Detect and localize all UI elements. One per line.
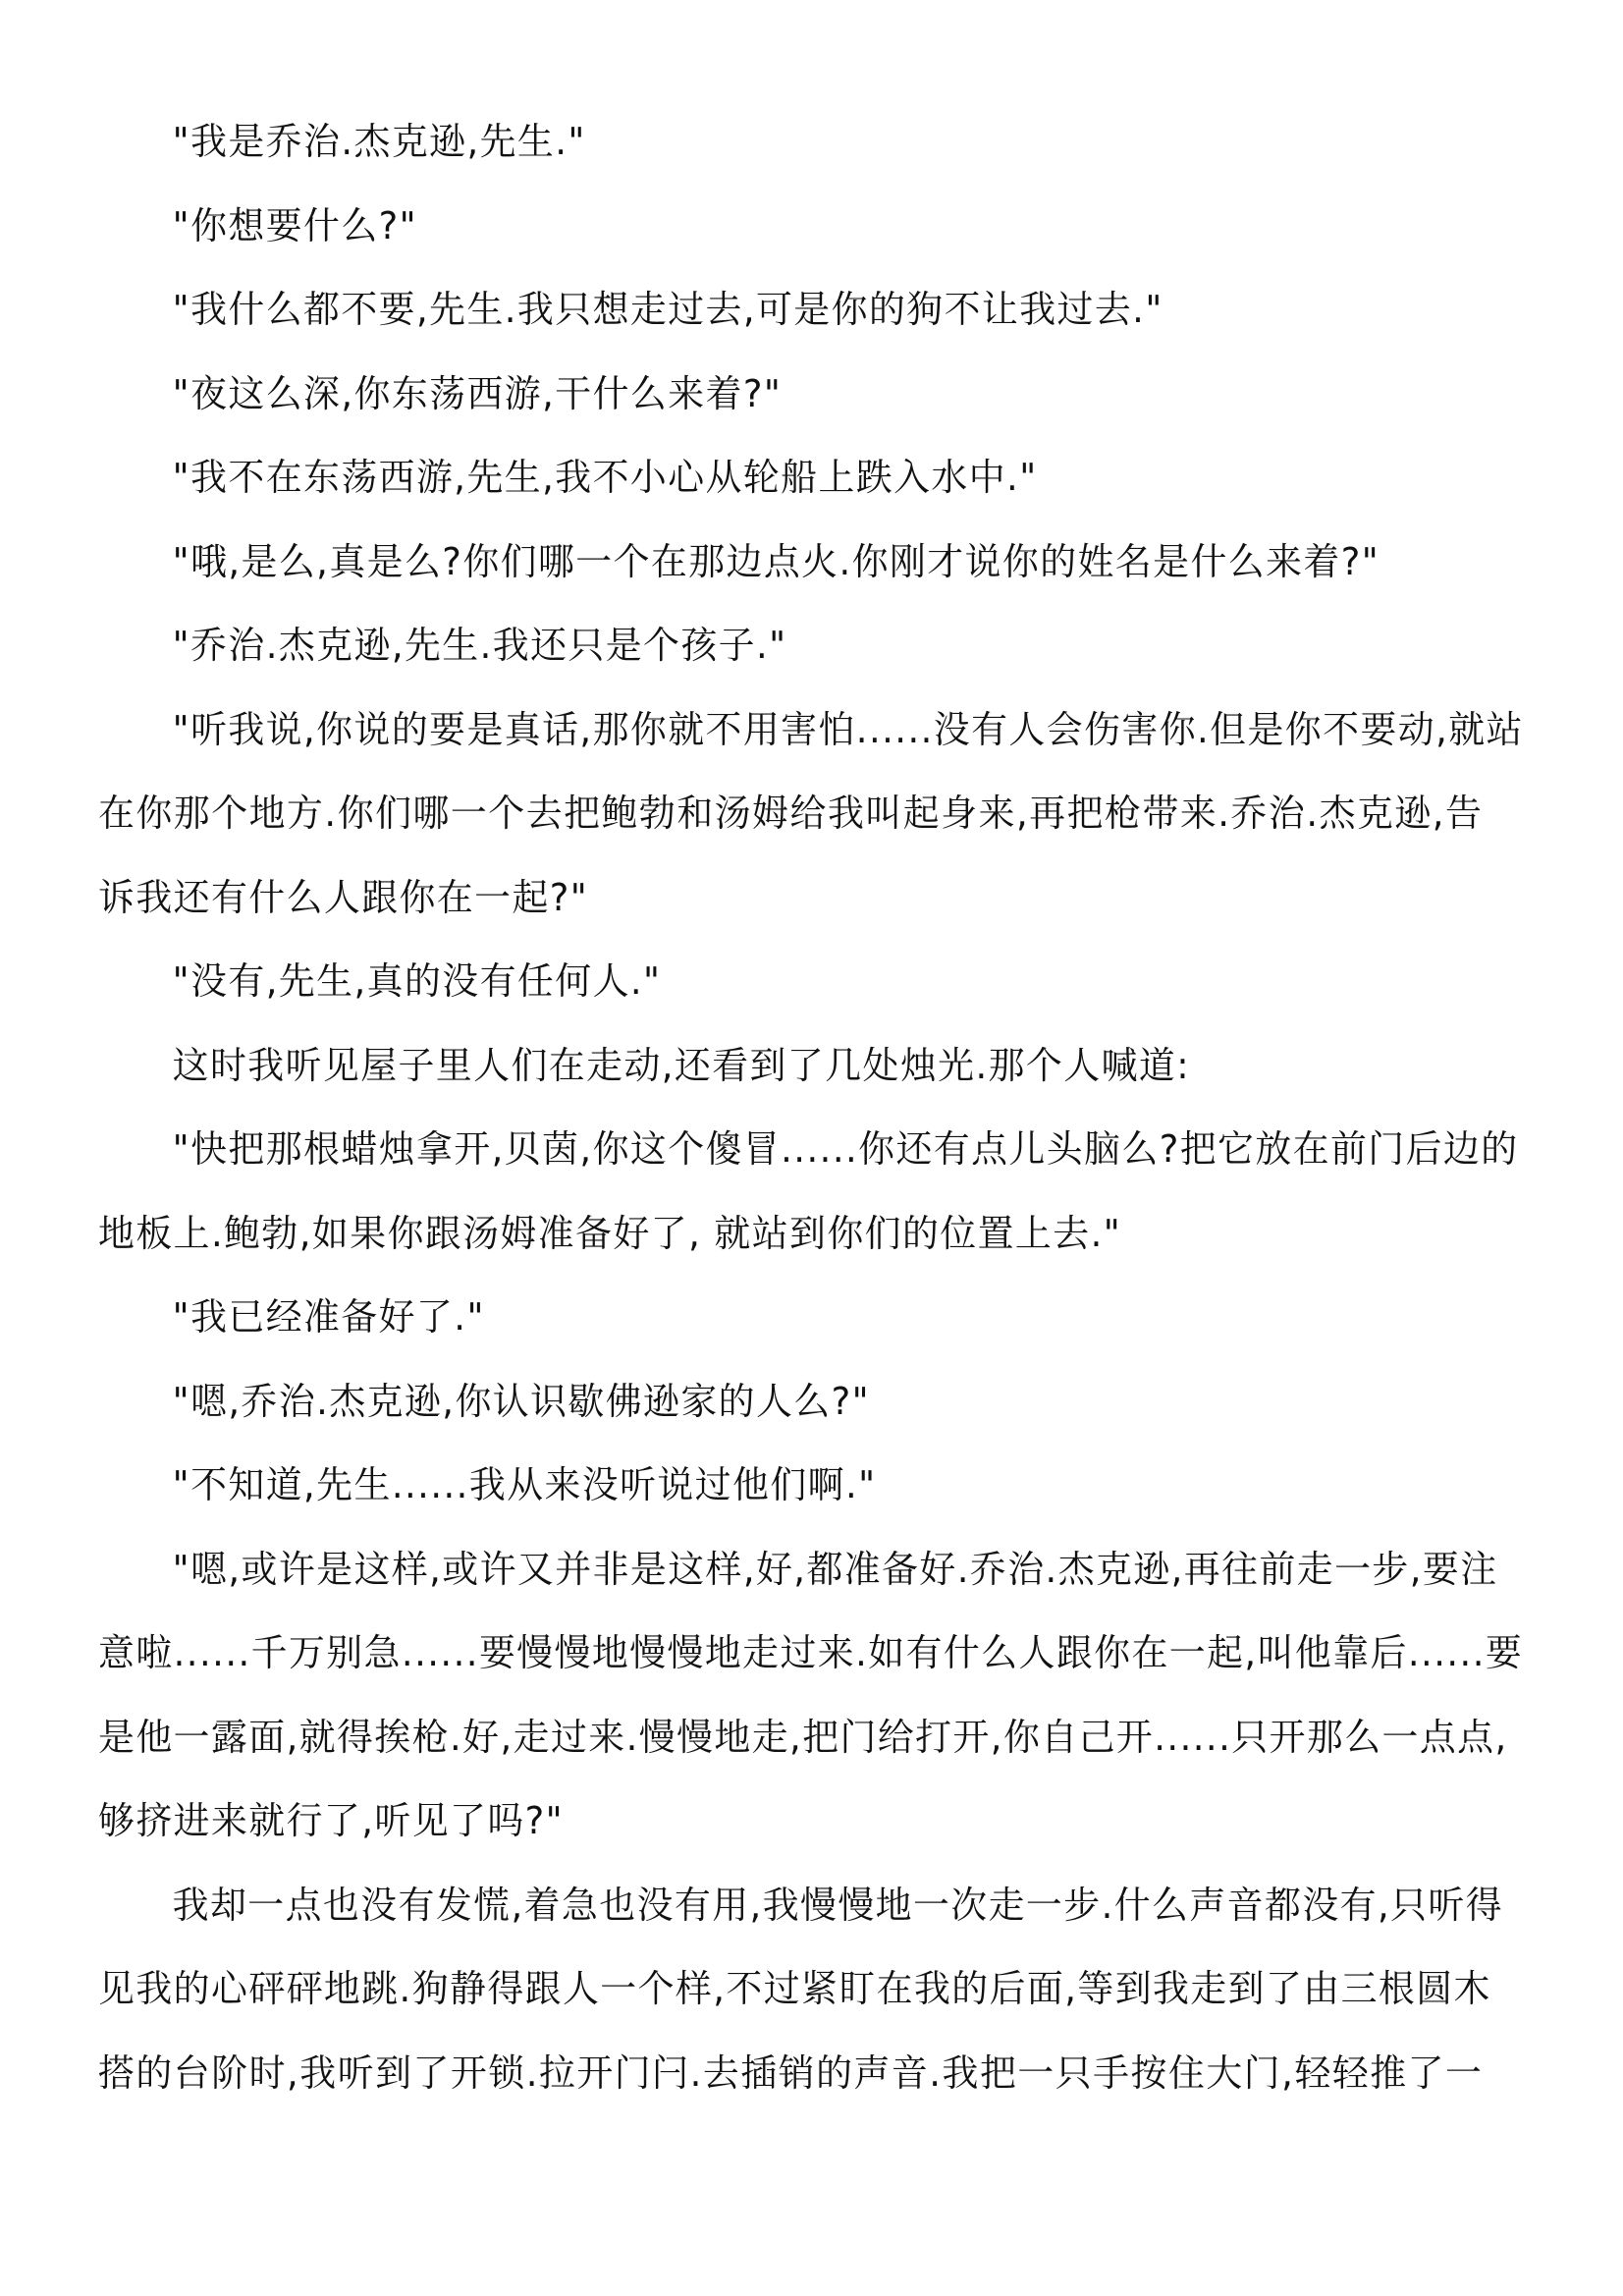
text-line: 在你那个地方.你们哪一个去把鲍勃和汤姆给我叫起身来,再把枪带来.乔治.杰克逊,告 xyxy=(98,782,1483,866)
text-line: 搭的台阶时,我听到了开锁.拉开门闩.去插销的声音.我把一只手按住大门,轻轻推了一 xyxy=(98,2042,1483,2126)
text-line: "夜这么深,你东荡西游,干什么来着?" xyxy=(98,362,1483,447)
text-line: "乔治.杰克逊,先生.我还只是个孩子." xyxy=(98,614,1483,698)
text-line: "我什么都不要,先生.我只想走过去,可是你的狗不让我过去." xyxy=(98,278,1483,362)
text-line: "哦,是么,真是么?你们哪一个在那边点火.你刚才说你的姓名是什么来着?" xyxy=(98,530,1483,615)
paragraph-15: "嗯,或许是这样,或许又并非是这样,好,都准备好.乔治.杰克逊,再往前走一步,要… xyxy=(98,1538,1526,1874)
text-line: 意啦......千万别急......要慢慢地慢慢地走过来.如有什么人跟你在一起,… xyxy=(98,1621,1483,1706)
paragraph-4: "夜这么深,你东荡西游,干什么来着?" xyxy=(98,362,1526,447)
text-line: 我却一点也没有发慌,着急也没有用,我慢慢地一次走一步.什么声音都没有,只听得 xyxy=(98,1874,1483,1958)
paragraph-3: "我什么都不要,先生.我只想走过去,可是你的狗不让我过去." xyxy=(98,278,1526,362)
paragraph-6: "哦,是么,真是么?你们哪一个在那边点火.你刚才说你的姓名是什么来着?" xyxy=(98,530,1526,615)
document-page: "我是乔治.杰克逊,先生." "你想要什么?" "我什么都不要,先生.我只想走过… xyxy=(0,0,1623,2296)
text-line: "没有,先生,真的没有任何人." xyxy=(98,950,1483,1034)
paragraph-7: "乔治.杰克逊,先生.我还只是个孩子." xyxy=(98,614,1526,698)
paragraph-11: "快把那根蜡烛拿开,贝茵,你这个傻冒......你还有点儿头脑么?把它放在前门后… xyxy=(98,1118,1526,1285)
paragraph-2: "你想要什么?" xyxy=(98,194,1526,279)
paragraph-9: "没有,先生,真的没有任何人." xyxy=(98,950,1526,1034)
paragraph-8: "听我说,你说的要是真话,那你就不用害怕......没有人会伤害你.但是你不要动… xyxy=(98,698,1526,951)
text-line: "听我说,你说的要是真话,那你就不用害怕......没有人会伤害你.但是你不要动… xyxy=(98,698,1483,783)
text-line: "你想要什么?" xyxy=(98,194,1483,279)
text-line: 够挤进来就行了,听见了吗?" xyxy=(98,1789,1483,1874)
text-line: "嗯,乔治.杰克逊,你认识歇佛逊家的人么?" xyxy=(98,1370,1483,1454)
text-line: "不知道,先生......我从来没听说过他们啊." xyxy=(98,1453,1483,1538)
paragraph-14: "不知道,先生......我从来没听说过他们啊." xyxy=(98,1453,1526,1538)
paragraph-16: 我却一点也没有发慌,着急也没有用,我慢慢地一次走一步.什么声音都没有,只听得 见… xyxy=(98,1874,1526,2126)
text-line: 地板上.鲍勃,如果你跟汤姆准备好了, 就站到你们的位置上去." xyxy=(98,1202,1483,1286)
text-line: "我已经准备好了." xyxy=(98,1285,1483,1370)
text-line: "我是乔治.杰克逊,先生." xyxy=(98,110,1483,194)
paragraph-5: "我不在东荡西游,先生,我不小心从轮船上跌入水中." xyxy=(98,446,1526,530)
text-line: "我不在东荡西游,先生,我不小心从轮船上跌入水中." xyxy=(98,446,1483,530)
text-line: 见我的心砰砰地跳.狗静得跟人一个样,不过紧盯在我的后面,等到我走到了由三根圆木 xyxy=(98,1957,1483,2042)
text-line: 是他一露面,就得挨枪.好,走过来.慢慢地走,把门给打开,你自己开......只开… xyxy=(98,1706,1483,1790)
text-line: "快把那根蜡烛拿开,贝茵,你这个傻冒......你还有点儿头脑么?把它放在前门后… xyxy=(98,1118,1483,1202)
paragraph-13: "嗯,乔治.杰克逊,你认识歇佛逊家的人么?" xyxy=(98,1370,1526,1454)
paragraph-1: "我是乔治.杰克逊,先生." xyxy=(98,110,1526,194)
text-line: 诉我还有什么人跟你在一起?" xyxy=(98,866,1483,951)
text-line: "嗯,或许是这样,或许又并非是这样,好,都准备好.乔治.杰克逊,再往前走一步,要… xyxy=(98,1538,1483,1622)
paragraph-12: "我已经准备好了." xyxy=(98,1285,1526,1370)
text-line: 这时我听见屋子里人们在走动,还看到了几处烛光.那个人喊道: xyxy=(98,1034,1483,1119)
paragraph-10: 这时我听见屋子里人们在走动,还看到了几处烛光.那个人喊道: xyxy=(98,1034,1526,1119)
document-body: "我是乔治.杰克逊,先生." "你想要什么?" "我什么都不要,先生.我只想走过… xyxy=(98,110,1526,2125)
